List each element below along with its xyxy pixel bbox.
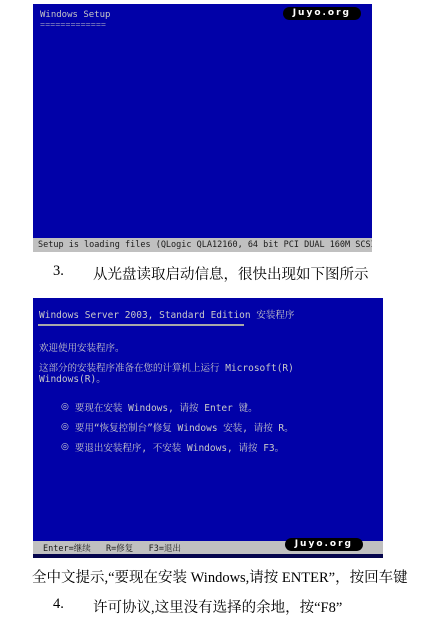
step-3-text: 从光盘读取启动信息，很快出现如下图所示: [93, 263, 369, 284]
intro-line-2: Windows(R)。: [39, 371, 106, 385]
setup-keys-status-text: Enter=继续 R=修复 F3=退出: [43, 542, 181, 554]
step-3-paragraph: 3. 从光盘读取启动信息，很快出现如下图所示: [0, 263, 431, 283]
setup-loading-screenshot: Windows Setup ============= Juyo.org Set…: [33, 4, 372, 252]
enter-hint-paragraph: 全中文提示,“要现在安装 Windows,请按 ENTER”，按回车键: [32, 566, 408, 587]
option-install-text: 要现在安装 Windows, 请按 Enter 键。: [75, 400, 258, 414]
bullet-icon: ◎: [61, 403, 69, 412]
option-repair: ◎ 要用“恢复控制台”修复 Windows 安装, 请按 R。: [61, 420, 294, 434]
screenshot-bottom-edge: [33, 554, 383, 558]
juyo-watermark-badge: Juyo.org: [283, 7, 361, 20]
windows-setup-title: Windows Setup: [40, 10, 110, 20]
step-4-text: 许可协议,这里没有选择的余地，按“F8”: [93, 596, 342, 617]
setup-program-title: Windows Server 2003, Standard Edition 安装…: [39, 307, 294, 321]
title-underline: =============: [40, 23, 106, 28]
setup-loading-statusbar: Setup is loading files (QLogic QLA12160,…: [33, 238, 372, 252]
setup-welcome-screenshot: Windows Server 2003, Standard Edition 安装…: [33, 298, 383, 558]
welcome-text: 欢迎使用安装程序。: [39, 340, 125, 354]
option-quit-text: 要退出安装程序, 不安装 Windows, 请按 F3。: [75, 440, 284, 454]
setup-loading-status-text: Setup is loading files (QLogic QLA12160,…: [38, 240, 372, 250]
option-install: ◎ 要现在安装 Windows, 请按 Enter 键。: [61, 400, 258, 414]
step-4-paragraph: 4. 许可协议,这里没有选择的余地，按“F8”: [0, 596, 431, 616]
option-repair-text: 要用“恢复控制台”修复 Windows 安装, 请按 R。: [75, 420, 294, 434]
option-quit: ◎ 要退出安装程序, 不安装 Windows, 请按 F3。: [61, 440, 284, 454]
step-3-number: 3.: [53, 263, 64, 280]
title-underline: [38, 324, 244, 326]
juyo-watermark-badge: Juyo.org: [285, 538, 363, 551]
bullet-icon: ◎: [61, 443, 69, 452]
step-4-number: 4.: [53, 596, 64, 613]
bullet-icon: ◎: [61, 423, 69, 432]
